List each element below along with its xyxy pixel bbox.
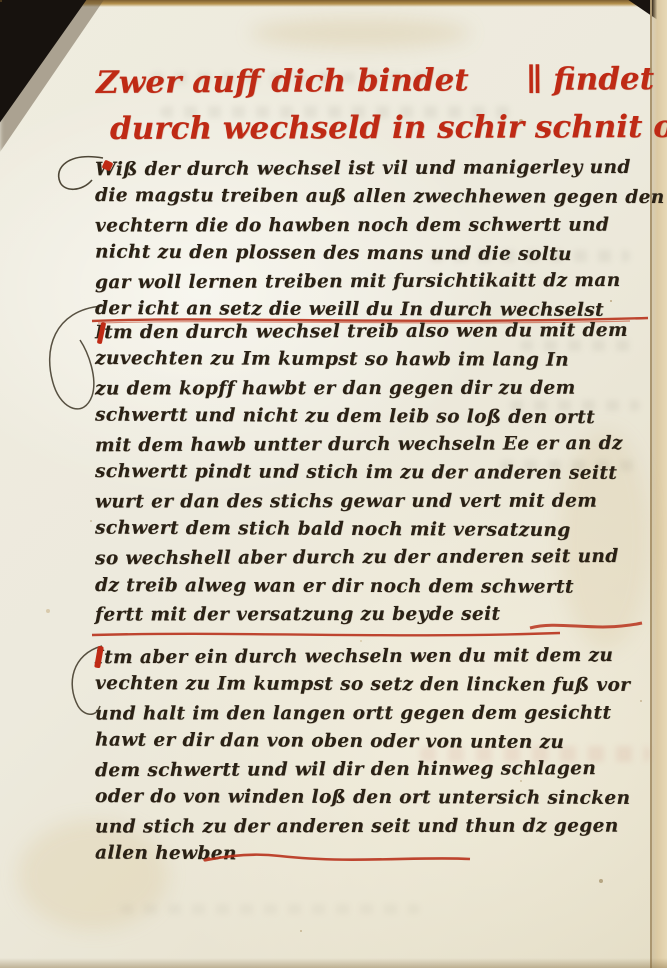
text-line: so wechshell aber durch zu der anderen s…	[95, 543, 655, 574]
text-line: die magstu treiben auß allen zwechhewen …	[95, 182, 655, 212]
parchment-specks	[0, 0, 2, 2]
text-line: gar woll lernen treiben mit fursichtikai…	[95, 267, 655, 298]
text-line: zu dem kopff hawbt er dan gegen dir zu d…	[95, 374, 655, 403]
text-line: schwertt und nicht zu dem leib so loß de…	[95, 401, 655, 432]
text-line: schwert dem stich bald noch mit versatzu…	[95, 515, 655, 546]
initial-flourish-paragraph-2	[36, 300, 108, 460]
text-line: und halt im den langen ortt gegen dem ge…	[95, 699, 655, 728]
text-line: nicht zu den plossen des mans und die so…	[95, 238, 655, 269]
text-line: Itm den durch wechsel treib also wen du …	[95, 317, 655, 348]
rubric-line-1-right: ∥ findet	[526, 56, 654, 104]
text-line: dz treib alweg wan er dir noch dem schwe…	[95, 572, 655, 602]
text-line: dem schwertt und wil dir den hinweg schl…	[95, 755, 655, 786]
rubric-heading: Zwer auff dich bindet ∥ findet durch wec…	[96, 58, 654, 152]
rubric-line-2: durch wechseld in schir schnit oder ∥	[110, 104, 654, 153]
text-line: wurt er dan des stichs gewar und vert mi…	[95, 487, 655, 516]
paragraph-3: Itm aber ein durch wechseln wen du mit d…	[95, 643, 655, 869]
rubric-line-1-left: Zwer auff dich bindet	[96, 57, 469, 107]
rubric-line-1: Zwer auff dich bindet ∥ findet	[96, 56, 654, 107]
parchment-stain	[250, 18, 470, 48]
text-line: vechtern die do hawben noch dem schwertt…	[95, 211, 655, 240]
manuscript-page-photo: Zwer auff dich bindet ∥ findet durch wec…	[0, 0, 667, 968]
initial-flourish-paragraph-1	[48, 150, 108, 200]
paragraph-1: Wiß der durch wechsel ist vil und manige…	[95, 155, 655, 325]
text-line: schwertt pindt und stich im zu der ander…	[95, 459, 655, 489]
text-line: und stich zu der anderen seit und thun d…	[95, 812, 655, 841]
text-line: mit dem hawb untter durch wechseln Ee er…	[95, 430, 655, 461]
text-line: oder do von winden loß den ort untersich…	[95, 784, 655, 814]
text-line: vechten zu Im kumpst so setz den lincken…	[95, 670, 655, 700]
text-line: hawt er dir dan von oben oder von unten …	[95, 726, 655, 757]
text-line: Wiß der durch wechsel ist vil und manige…	[95, 154, 655, 185]
paragraph-2: Itm den durch wechsel treib also wen du …	[95, 318, 655, 629]
rubric-underline-3	[170, 846, 480, 870]
text-line: Itm aber ein durch wechseln wen du mit d…	[95, 642, 655, 673]
page-bottom-edge	[0, 958, 667, 968]
rubric-underline-2	[90, 618, 652, 644]
text-line: zuvechten zu Im kumpst so hawb im lang I…	[95, 345, 655, 375]
verso-showthrough	[120, 904, 420, 914]
